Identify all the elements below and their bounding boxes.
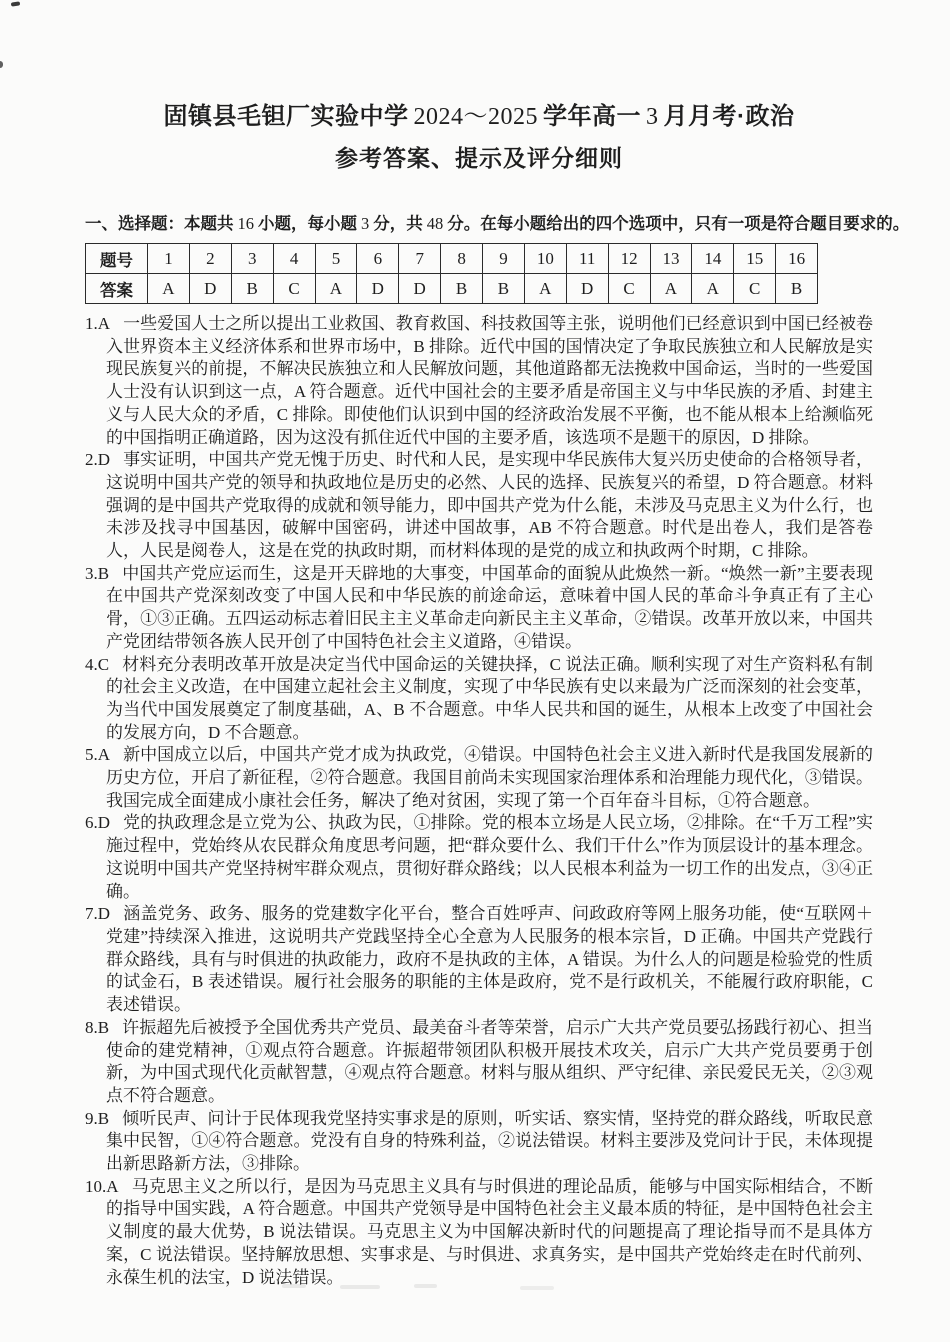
explanation-text: 材料充分表明改革开放是决定当代中国命运的关键抉择，C 说法正确。顺利实现了对生产… <box>106 655 873 742</box>
explanation-text: 党的执政理念是立党为公、执政为民，①排除。党的根本立场是人民立场，②排除。在“千… <box>106 813 873 900</box>
exam-title-school: 固镇县毛钽厂实验中学 <box>164 103 409 130</box>
explanation-text: 中国共产党应运而生，这是开天辟地的大事变，中国革命的面貌从此焕然一新。“焕然一新… <box>106 564 873 651</box>
question-answer-label: 9.B <box>85 1109 109 1128</box>
answer-cell: D <box>189 274 231 304</box>
answer-cell: B <box>483 274 525 304</box>
question-number-cell: 4 <box>273 244 315 274</box>
answer-cell: D <box>566 274 608 304</box>
question-number-cell: 7 <box>399 244 441 274</box>
explanation-text: 倾听民声、问计于民体现我党坚持实事求是的原则，听实话、察实情，坚持党的群众路线，… <box>106 1109 873 1173</box>
question-number-cell: 5 <box>315 244 357 274</box>
exam-title: 固镇县毛钽厂实验中学2024～2025学年高一3月月考·政治 <box>85 100 873 134</box>
answer-cell: C <box>608 274 650 304</box>
explanation-item-8: 8.B许振超先后被授予全国优秀共产党员、最美奋斗者等荣誉，启示广大共产党员要弘扬… <box>85 1017 873 1108</box>
section-heading-text: 小题，每小题 <box>258 215 357 233</box>
scan-smudge <box>282 1284 306 1288</box>
question-answer-label: 4.C <box>85 655 109 674</box>
exam-title-month: 3 <box>646 104 659 130</box>
question-number-cell: 11 <box>566 244 608 274</box>
question-number-cell: 10 <box>524 244 566 274</box>
answer-cell: C <box>734 274 776 304</box>
answer-cell: A <box>148 274 190 304</box>
question-number-row: 题号 1 2 3 4 5 6 7 8 9 10 11 12 13 14 15 1… <box>86 244 818 274</box>
question-answer-label: 5.A <box>85 745 110 764</box>
explanation-item-5: 5.A新中国成立以后，中国共产党才成为执政党，④错误。中国特色社会主义进入新时代… <box>85 744 873 812</box>
explanation-text: 许振超先后被授予全国优秀共产党员、最美奋斗者等荣誉，启示广大共产党员要弘扬践行初… <box>106 1018 873 1105</box>
scan-speck-top-left <box>11 1 20 6</box>
question-number-cell: 8 <box>441 244 483 274</box>
question-answer-label: 7.D <box>85 904 110 923</box>
explanation-text: 涵盖党务、政务、服务的党建数字化平台，整合百姓呼声、问政政府等网上服务功能，使“… <box>106 904 873 1014</box>
explanation-item-9: 9.B倾听民声、问计于民体现我党坚持实事求是的原则，听实话、察实情，坚持党的群众… <box>85 1108 873 1176</box>
answer-cell: A <box>524 274 566 304</box>
question-number-cell: 1 <box>148 244 190 274</box>
question-answer-label: 2.D <box>85 450 110 469</box>
points-per-question: 3 <box>361 214 369 233</box>
scan-smudge <box>414 1284 437 1288</box>
explanation-item-10: 10.A马克思主义之所以行，是因为马克思主义具有与时俱进的理论品质，能够与中国实… <box>85 1176 873 1290</box>
question-answer-label: 10.A <box>85 1177 119 1196</box>
question-number-cell: 3 <box>231 244 273 274</box>
question-answer-label: 3.B <box>85 564 109 583</box>
explanation-item-7: 7.D涵盖党务、政务、服务的党建数字化平台，整合百姓呼声、问政政府等网上服务功能… <box>85 903 873 1017</box>
explanation-item-6: 6.D党的执政理念是立党为公、执政为民，①排除。党的根本立场是人民立场，②排除。… <box>85 812 873 903</box>
page-subtitle: 参考答案、提示及评分细则 <box>85 142 873 174</box>
explanation-text: 新中国成立以后，中国共产党才成为执政党，④错误。中国特色社会主义进入新时代是我国… <box>106 745 873 809</box>
answer-cell: D <box>357 274 399 304</box>
exam-title-subject: 月月考·政治 <box>664 103 795 130</box>
explanation-item-1: 1.A一些爱国人士之所以提出工业救国、教育救国、科技救国等主张，说明他们已经意识… <box>85 313 873 449</box>
answer-cell: B <box>776 274 818 304</box>
scan-smudge <box>340 1285 380 1289</box>
question-answer-label: 1.A <box>85 314 110 333</box>
question-number-cell: 16 <box>776 244 818 274</box>
section-heading-text: 分。在每小题给出的四个选项中，只有一项是符合题目要求的。 <box>447 215 909 233</box>
answer-row: 答案 A D B C A D D B B A D C A A C B <box>86 274 818 304</box>
section-heading-text: 一、选择题：本题共 <box>85 215 234 233</box>
question-number-cell: 2 <box>189 244 231 274</box>
question-number-cell: 15 <box>734 244 776 274</box>
section-heading-choice-questions: 一、选择题：本题共16小题，每小题3分，共48分。在每小题给出的四个选项中，只有… <box>85 212 873 236</box>
question-answer-label: 6.D <box>85 813 110 832</box>
answer-cell: C <box>273 274 315 304</box>
explanation-text: 马克思主义之所以行，是因为马克思主义具有与时俱进的理论品质，能够与中国实际相结合… <box>106 1177 873 1287</box>
question-count: 16 <box>238 214 255 233</box>
question-number-cell: 14 <box>692 244 734 274</box>
explanation-item-3: 3.B中国共产党应运而生，这是开天辟地的大事变，中国革命的面貌从此焕然一新。“焕… <box>85 563 873 654</box>
title-block: 固镇县毛钽厂实验中学2024～2025学年高一3月月考·政治 参考答案、提示及评… <box>85 100 873 174</box>
question-number-cell: 12 <box>608 244 650 274</box>
explanation-text: 一些爱国人士之所以提出工业救国、教育救国、科技救国等主张，说明他们已经意识到中国… <box>106 314 873 447</box>
exam-title-grade: 学年高一 <box>543 103 641 130</box>
row-header-question-number: 题号 <box>86 244 148 274</box>
scan-speck-left-edge <box>0 61 3 68</box>
scan-smudge <box>520 1286 554 1290</box>
explanation-item-2: 2.D事实证明，中国共产党无愧于历史、时代和人民，是实现中华民族伟大复兴历史使命… <box>85 449 873 563</box>
answer-cell: B <box>441 274 483 304</box>
page-content: 固镇县毛钽厂实验中学2024～2025学年高一3月月考·政治 参考答案、提示及评… <box>85 0 873 1289</box>
scanned-answer-key-page: 固镇县毛钽厂实验中学2024～2025学年高一3月月考·政治 参考答案、提示及评… <box>0 0 950 1342</box>
explanation-text: 事实证明，中国共产党无愧于历史、时代和人民，是实现中华民族伟大复兴历史使命的合格… <box>106 450 873 560</box>
question-number-cell: 9 <box>483 244 525 274</box>
explanations-list: 1.A一些爱国人士之所以提出工业救国、教育救国、科技救国等主张，说明他们已经意识… <box>85 313 873 1289</box>
answer-cell: A <box>650 274 692 304</box>
question-number-cell: 6 <box>357 244 399 274</box>
explanation-item-4: 4.C材料充分表明改革开放是决定当代中国命运的关键抉择，C 说法正确。顺利实现了… <box>85 654 873 745</box>
answer-cell: D <box>399 274 441 304</box>
answer-cell: A <box>692 274 734 304</box>
question-number-cell: 13 <box>650 244 692 274</box>
answer-key-table: 题号 1 2 3 4 5 6 7 8 9 10 11 12 13 14 15 1… <box>85 243 818 304</box>
row-header-answer: 答案 <box>86 274 148 304</box>
answer-cell: A <box>315 274 357 304</box>
total-points: 48 <box>427 214 444 233</box>
answer-cell: B <box>231 274 273 304</box>
exam-title-year: 2024～2025 <box>414 104 539 130</box>
question-answer-label: 8.B <box>85 1018 109 1037</box>
section-heading-text: 分，共 <box>373 215 423 233</box>
